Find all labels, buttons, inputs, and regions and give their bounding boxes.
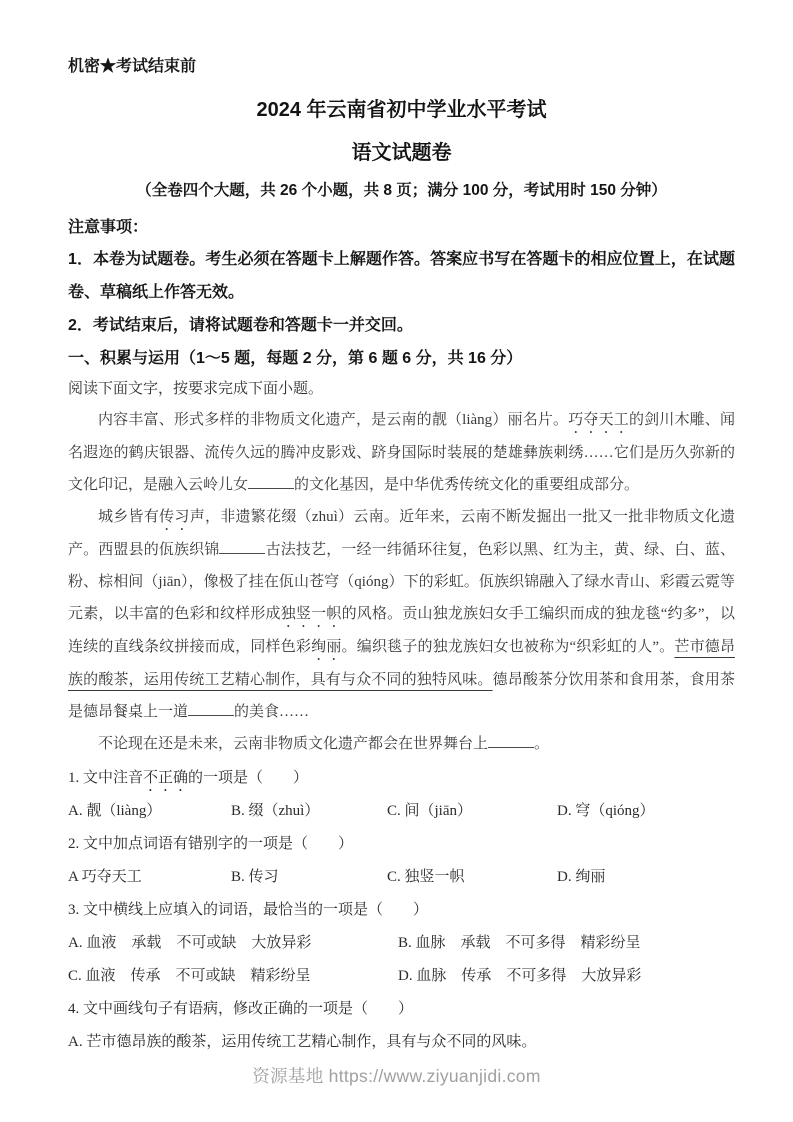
question-2-stem: 2. 文中加点词语有错别字的一项是（ ） — [68, 828, 735, 861]
question-3-option-c: C. 血液 传承 不可或缺 精彩纷呈 — [68, 960, 398, 993]
question-2-option-b: B. 传习 — [231, 861, 387, 894]
question-3-stem: 3. 文中横线上应填入的词语，最恰当的一项是（ ） — [68, 894, 735, 927]
exam-paper-page: 机密★考试结束前 2024 年云南省初中学业水平考试 语文试题卷 （全卷四个大题… — [0, 0, 793, 1122]
reading-passage: 内容丰富、形式多样的非物质文化遗产，是云南的靓（liàng）丽名片。巧夺天工的剑… — [68, 404, 735, 760]
notice-item-1: 1．本卷为试题卷。考生必须在答题卡上解题作答。答案应书写在答题卡的相应位置上，在… — [68, 243, 735, 309]
question-3-option-d: D. 血脉 传承 不可多得 大放异彩 — [398, 960, 735, 993]
question-4-stem: 4. 文中画线句子有语病，修改正确的一项是（ ） — [68, 993, 735, 1026]
footer-watermark: 资源基地 https://www.ziyuanjidi.com — [0, 1064, 793, 1088]
question-3-option-b: B. 血脉 承载 不可多得 精彩纷呈 — [398, 927, 735, 960]
question-1-options: A. 靓（liàng） B. 缀（zhuì） C. 间（jiān） D. 穹（q… — [68, 795, 735, 828]
exam-title: 2024 年云南省初中学业水平考试 — [68, 97, 735, 123]
question-2-option-d: D. 绚丽 — [557, 861, 735, 894]
question-2-options: A 巧夺天工 B. 传习 C. 独竖一帜 D. 绚丽 — [68, 861, 735, 894]
notice-item-2: 2．考试结束后，请将试题卷和答题卡一并交回。 — [68, 309, 735, 342]
question-1-option-d: D. 穹（qióng） — [557, 795, 735, 828]
notices-heading: 注意事项： — [68, 212, 735, 243]
question-1-stem: 1. 文中注音不正确的一项是（ ） — [68, 762, 735, 795]
question-1-option-c: C. 间（jiān） — [387, 795, 557, 828]
paper-title: 语文试题卷 — [68, 140, 735, 166]
passage-paragraph-1: 内容丰富、形式多样的非物质文化遗产，是云南的靓（liàng）丽名片。巧夺天工的剑… — [68, 404, 735, 501]
question-1-option-a: A. 靓（liàng） — [68, 795, 231, 828]
questions-block: 1. 文中注音不正确的一项是（ ） A. 靓（liàng） B. 缀（zhuì）… — [68, 762, 735, 1059]
question-3-options-row-1: A. 血液 承载 不可或缺 大放异彩 B. 血脉 承载 不可多得 精彩纷呈 — [68, 927, 735, 960]
paper-meta: （全卷四个大题，共 26 个小题，共 8 页；满分 100 分，考试用时 150… — [68, 180, 735, 202]
passage-paragraph-3: 不论现在还是未来，云南非物质文化遗产都会在世界舞台上。 — [68, 728, 735, 760]
question-2-option-a: A 巧夺天工 — [68, 861, 231, 894]
secret-label: 机密★考试结束前 — [68, 56, 735, 78]
passage-intro: 阅读下面文字，按要求完成下面小题。 — [68, 375, 735, 404]
question-3-options-row-2: C. 血液 传承 不可或缺 精彩纷呈 D. 血脉 传承 不可多得 大放异彩 — [68, 960, 735, 993]
question-2-option-c: C. 独竖一帜 — [387, 861, 557, 894]
question-3-option-a: A. 血液 承载 不可或缺 大放异彩 — [68, 927, 398, 960]
question-4-option-a: A. 芒市德昂族的酸茶，运用传统工艺精心制作，具有与众不同的风味。 — [68, 1026, 735, 1059]
passage-paragraph-2: 城乡皆有传习声，非遗繁花缀（zhuì）云南。近年来，云南不断发掘出一批又一批非物… — [68, 501, 735, 728]
section-heading: 一、积累与运用（1～5 题，每题 2 分，第 6 题 6 分，共 16 分） — [68, 342, 735, 375]
question-1-option-b: B. 缀（zhuì） — [231, 795, 387, 828]
